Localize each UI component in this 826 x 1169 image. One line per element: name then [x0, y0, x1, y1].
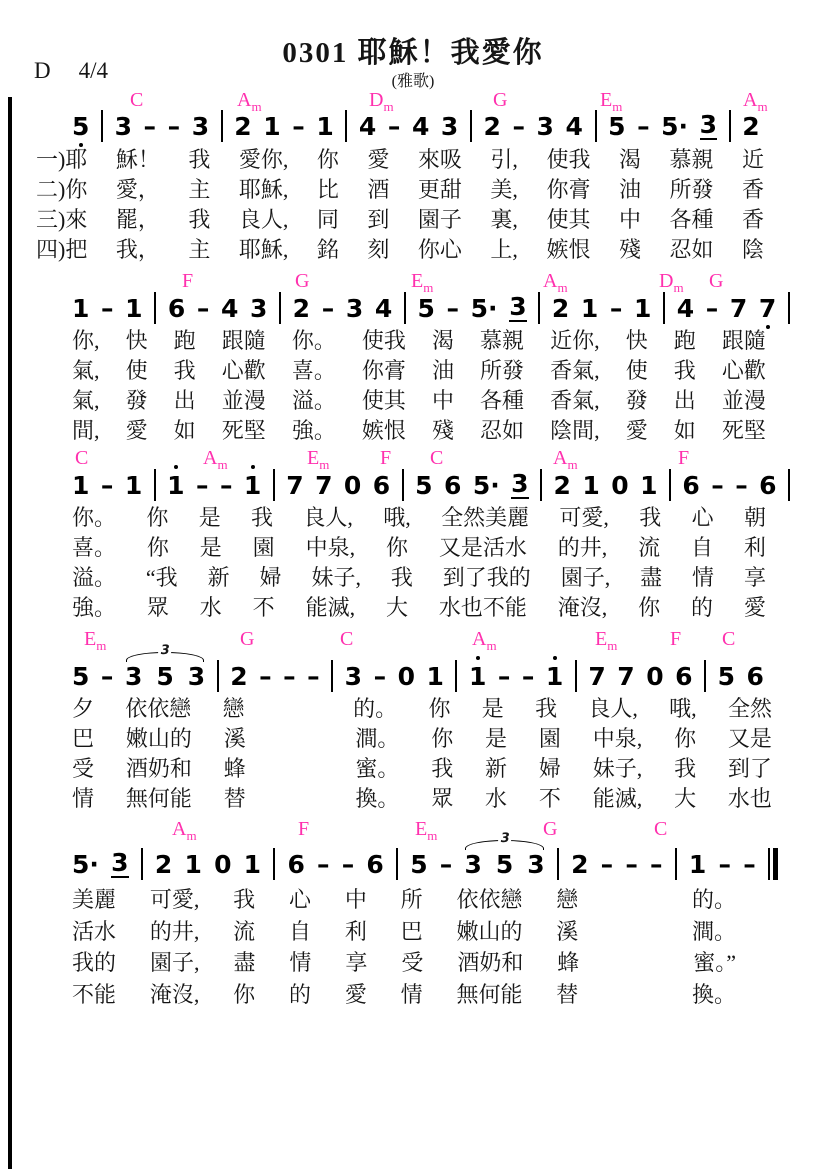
lyric-syllable: 耶穌, [239, 237, 289, 262]
lyric-syllable: 新 [485, 756, 507, 781]
duration-dash: – [625, 852, 638, 877]
lyric-syllable: 全然 [728, 696, 772, 721]
lyric-syllable: 換。 [692, 982, 736, 1007]
note-token: 6 [746, 664, 763, 689]
barline [101, 110, 103, 142]
chord-quality: m [427, 828, 437, 843]
rest-token: 0 [646, 664, 663, 689]
lyric-syllable: 酒 [367, 177, 389, 202]
lyric-syllable: 美, [490, 177, 518, 202]
lyric-syllable: 心 [692, 505, 714, 530]
lyric-syllable: 各種 [669, 207, 713, 232]
note-token: 4 [359, 114, 376, 139]
lyric-syllable: 使我 [546, 147, 590, 172]
lyric-syllable: 跟隨 [222, 328, 266, 353]
lyric-syllable: 發 [626, 388, 648, 413]
lyric-syllable: 我 [251, 505, 273, 530]
note-token: 5· [661, 114, 688, 139]
lyric-syllable: 戀 [556, 887, 578, 912]
note-token: 5 [72, 114, 89, 139]
lyric-syllable: 主 [188, 177, 210, 202]
barline [273, 848, 275, 880]
barline [538, 292, 540, 324]
lyric-syllable: 我 [674, 756, 696, 781]
lyric-syllable: 氣, [72, 358, 100, 383]
lyric-syllable: 強。 [72, 595, 116, 620]
note-token: 6 [675, 664, 692, 689]
barline [154, 469, 156, 501]
lyric-syllable: 愛 [744, 595, 766, 620]
chord-quality: m [186, 828, 196, 843]
barline [675, 848, 677, 880]
lyric-syllable: 死堅 [222, 418, 266, 443]
lyric-syllable: 無何能 [126, 786, 192, 811]
lyric-syllable: 溢。 [72, 565, 116, 590]
lyric-syllable: 良人, [239, 207, 289, 232]
note-token: 3 [250, 296, 267, 321]
lyric-line: 美麗可愛,我心中所依依戀戀的。 [72, 887, 736, 912]
lyric-syllable: 自 [289, 919, 311, 944]
lyric-syllable: 水 [200, 595, 222, 620]
lyric-syllable: 四)把 [36, 237, 87, 262]
duration-dash: – [512, 114, 525, 139]
lyric-syllable: 裏, [490, 207, 518, 232]
note-token: 2 [293, 296, 310, 321]
note-token: 6 [759, 473, 776, 498]
lyric-syllable: 到了 [728, 756, 772, 781]
lyric-syllable: 香 [742, 177, 764, 202]
lyric-syllable: 妹子, [311, 565, 361, 590]
lyric-syllable: 耶穌, [239, 177, 289, 202]
note-token: 3 [125, 664, 142, 689]
lyric-syllable: 不 [253, 595, 275, 620]
note-token: 4 [677, 296, 694, 321]
lyric-syllable: 享 [744, 565, 766, 590]
lyric-syllable: 的 [289, 982, 311, 1007]
chord-quality: m [96, 638, 106, 653]
duration-dash: – [101, 473, 114, 498]
lyric-syllable: 淹沒, [558, 595, 608, 620]
lyric-syllable: 使 [126, 358, 148, 383]
lyric-syllable: 利 [345, 919, 367, 944]
lyric-syllable: 比 [317, 177, 339, 202]
lyric-syllable: 使 [626, 358, 648, 383]
lyric-syllable: 中 [432, 388, 454, 413]
lyric-syllable: 忍如 [669, 237, 713, 262]
lyric-syllable: 你。 [292, 328, 336, 353]
lyric-syllable: 不能 [72, 982, 116, 1007]
note-token: 3 [464, 852, 481, 877]
lyric-syllable: 替 [556, 982, 578, 1007]
note-token: 2 [483, 114, 500, 139]
lyric-syllable: 穌！ [116, 147, 160, 172]
note-token: 7 [588, 664, 605, 689]
note-token: 2 [571, 852, 588, 877]
lyric-syllable: “我 [146, 565, 178, 590]
lyric-syllable: 的。 [353, 696, 397, 721]
notation-line-1: 53––321–14–432–345–5·32 [72, 109, 760, 143]
note-token: 5 [415, 473, 432, 498]
lyric-syllable: 到了我的 [443, 565, 531, 590]
lyric-syllable: 喜。 [292, 358, 336, 383]
duration-dash: – [447, 296, 460, 321]
note-token: 1 [582, 473, 599, 498]
note-token: 1 [427, 664, 444, 689]
lyric-syllable: 油 [432, 358, 454, 383]
lyric-syllable: 忍如 [480, 418, 524, 443]
lyric-syllable: 你 [386, 535, 408, 560]
note-token: 5 [156, 664, 173, 689]
lyric-syllable: 酒奶和 [126, 756, 192, 781]
lyric-syllable: 並漫 [222, 388, 266, 413]
lyric-syllable: 園子 [418, 207, 462, 232]
chord-label: G [709, 271, 723, 291]
lyric-syllable: 受 [401, 950, 423, 975]
note-token: 2 [230, 664, 247, 689]
lyric-syllable: 出 [674, 388, 696, 413]
final-barline-thin [768, 848, 770, 880]
lyric-syllable: 園子, [561, 565, 611, 590]
lyric-syllable: 二)你 [36, 177, 87, 202]
lyric-syllable: 跑 [174, 328, 196, 353]
lyric-syllable: 自 [691, 535, 713, 560]
note-token: 5· [72, 852, 99, 877]
lyric-line: 夕依依戀戀的。你是我良人,哦,全然 [72, 696, 772, 721]
lyric-syllable: 香 [742, 207, 764, 232]
lyric-syllable: 你, [72, 328, 100, 353]
lyric-line: 你,快跑跟隨你。使我渴慕親近你,快跑跟隨 [72, 328, 766, 353]
lyric-spacer [278, 786, 324, 811]
lyric-line: 氣,發出並漫溢。使其中各種香氣,發出並漫 [72, 388, 766, 413]
lyric-line: 氣,使我心歡喜。你膏油所發香氣,使我心歡 [72, 358, 766, 383]
lyric-syllable: 巴 [401, 919, 423, 944]
chord-label: C [130, 90, 143, 110]
barline [141, 848, 143, 880]
duration-dash: – [342, 852, 355, 877]
lyric-syllable: 園 [539, 726, 561, 751]
note-token: 2 [234, 114, 251, 139]
lyric-syllable: 氣, [72, 388, 100, 413]
note-token: 1 [184, 852, 201, 877]
lyric-syllable: 使其 [546, 207, 590, 232]
lyric-syllable: 我 [431, 756, 453, 781]
duration-dash: – [168, 114, 181, 139]
note-token: 1 [640, 473, 657, 498]
lyric-syllable: 換。 [355, 786, 399, 811]
lyric-syllable: 你 [638, 595, 660, 620]
lyric-syllable: 出 [174, 388, 196, 413]
lyric-syllable: 可愛, [559, 505, 609, 530]
lyric-syllable: 喜。 [72, 535, 116, 560]
barline [345, 110, 347, 142]
note-token: 7 [730, 296, 747, 321]
lyric-syllable: 你 [233, 982, 255, 1007]
barline [154, 292, 156, 324]
lyric-line: 巴嫩山的溪澗。你是園中泉,你又是 [72, 726, 772, 751]
hymn-sheet-page: { "page": { "background": "#ffffff", "ch… [0, 0, 826, 1169]
note-token: 3 [115, 114, 132, 139]
notation-line-3: 1–11––17706565·321016––6 [72, 468, 790, 502]
lyric-spacer [612, 919, 658, 944]
barline [396, 848, 398, 880]
note-token: 3 [537, 114, 554, 139]
lyric-spacer [278, 726, 324, 751]
chord-label: C [340, 629, 353, 649]
lyric-syllable: 你 [431, 726, 453, 751]
lyric-syllable: 能滅, [306, 595, 356, 620]
lyric-syllable: 情 [401, 982, 423, 1007]
note-token: 6 [444, 473, 461, 498]
barline [595, 110, 597, 142]
note-token: 2 [742, 114, 759, 139]
barline [669, 469, 671, 501]
note-token: 4 [412, 114, 429, 139]
lyric-syllable: 近 [742, 147, 764, 172]
duration-dash: – [601, 852, 614, 877]
lyric-syllable: 我的 [72, 950, 116, 975]
note-token: 2 [155, 852, 172, 877]
lyric-syllable: 情 [289, 950, 311, 975]
note-token: 5 [72, 664, 89, 689]
lyric-line: 不能淹沒,你的愛情無何能替換。 [72, 982, 736, 1007]
lyric-syllable: 嫉恨 [546, 237, 590, 262]
chord-label: Em [415, 819, 437, 842]
barline [279, 292, 281, 324]
lyric-syllable: 快 [126, 328, 148, 353]
lyric-syllable: 享 [345, 950, 367, 975]
barline [221, 110, 223, 142]
lyric-syllable: 愛 [126, 418, 148, 443]
triplet-number: 3 [497, 832, 512, 845]
duration-dash: – [220, 473, 233, 498]
note-token: 3 [441, 114, 458, 139]
note-token: 3 [700, 112, 717, 140]
lyric-syllable: 各種 [480, 388, 524, 413]
lyric-syllable: 所 [401, 887, 423, 912]
barline [557, 848, 559, 880]
duration-dash: – [743, 852, 756, 877]
duration-dash: – [307, 664, 320, 689]
barline [575, 660, 577, 692]
lyric-syllable: 你 [428, 696, 450, 721]
rest-token: 0 [398, 664, 415, 689]
lyric-syllable: 慕親 [480, 328, 524, 353]
lyric-syllable: 愛 [626, 418, 648, 443]
note-token: 1 [72, 473, 89, 498]
chord-quality: m [607, 638, 617, 653]
lyric-syllable: 淹沒, [150, 982, 200, 1007]
lyric-syllable: 我 [674, 358, 696, 383]
lyric-syllable: 罷， [116, 207, 160, 232]
rest-token: 0 [611, 473, 628, 498]
barline [404, 292, 406, 324]
lyric-syllable: 的 [691, 595, 713, 620]
lyric-line: 我的園子,盡情享受酒奶和蜂蜜。” [72, 950, 736, 975]
lyric-line: 溢。“我新婦妹子,我到了我的園子,盡情享 [72, 565, 766, 590]
lyric-syllable: 香氣, [550, 388, 600, 413]
chord-label: Am [472, 629, 497, 652]
page-title: 0301 耶穌！我愛你 [0, 30, 826, 71]
chord-label: Am [172, 819, 197, 842]
chord-label: F [678, 448, 689, 468]
note-token: 1 [634, 296, 651, 321]
note-token: 7 [286, 473, 303, 498]
lyric-syllable: 哦, [383, 505, 411, 530]
barline [402, 469, 404, 501]
lyric-syllable: 你膏 [362, 358, 406, 383]
note-token: 7 [315, 473, 332, 498]
lyric-syllable: 慕親 [669, 147, 713, 172]
rest-token: 0 [214, 852, 231, 877]
lyric-syllable: 蜜。” [693, 950, 736, 975]
lyric-syllable: 中 [619, 207, 641, 232]
lyric-syllable: 能滅, [593, 786, 643, 811]
lyric-syllable: 盡 [233, 950, 255, 975]
lyric-syllable: 可愛, [150, 887, 200, 912]
lyric-syllable: 愛 [367, 147, 389, 172]
lyric-syllable: 主 [188, 237, 210, 262]
duration-dash: – [610, 296, 623, 321]
duration-dash: – [196, 473, 209, 498]
note-token: 4 [221, 296, 238, 321]
note-token: 1 [125, 296, 142, 321]
lyric-spacer [612, 982, 658, 1007]
lyric-syllable: 大 [674, 786, 696, 811]
lyric-syllable: 依依戀 [456, 887, 522, 912]
lyric-syllable: 使其 [362, 388, 406, 413]
note-token: 1 [72, 296, 89, 321]
lyric-syllable: 流 [638, 535, 660, 560]
lyric-syllable: 良人, [588, 696, 638, 721]
barline [788, 292, 790, 324]
lyric-syllable: 殘 [432, 418, 454, 443]
note-token: 1 [244, 473, 261, 498]
note-token: 5 [410, 852, 427, 877]
lyric-syllable: 水也不能 [439, 595, 527, 620]
note-token: 6 [366, 852, 383, 877]
chord-label: G [543, 819, 557, 839]
lyric-syllable: 活水 [72, 919, 116, 944]
lyric-syllable: 你 [147, 535, 169, 560]
duration-dash: – [322, 296, 335, 321]
barline [540, 469, 542, 501]
lyric-syllable: 三)來 [36, 207, 87, 232]
duration-dash: – [292, 114, 305, 139]
lyric-syllable: 水 [485, 786, 507, 811]
note-token: 3 [527, 852, 544, 877]
note-token: 5 [608, 114, 625, 139]
duration-dash: – [522, 664, 535, 689]
lyric-syllable: 是 [200, 535, 222, 560]
duration-dash: – [706, 296, 719, 321]
lyric-syllable: 我， [116, 237, 160, 262]
note-token: 1 [316, 114, 333, 139]
duration-dash: – [440, 852, 453, 877]
note-token: 6 [168, 296, 185, 321]
duration-dash: – [101, 296, 114, 321]
lyric-line: 三)來罷，我良人,同到園子裏,使其中各種香 [36, 207, 764, 232]
barline [704, 660, 706, 692]
note-token: 4 [566, 114, 583, 139]
lyric-syllable: 溪 [224, 726, 246, 751]
note-token: 3 [192, 114, 209, 139]
lyric-syllable: 朝 [744, 505, 766, 530]
note-token: 3 [188, 664, 205, 689]
lyric-syllable: 中泉, [306, 535, 356, 560]
lyric-syllable: 哦, [669, 696, 697, 721]
note-token: 3 [509, 294, 526, 322]
lyric-syllable: 並漫 [722, 388, 766, 413]
lyric-syllable: 油 [619, 177, 641, 202]
lyric-line: 二)你愛，主耶穌,比酒更甜美,你膏油所發香 [36, 177, 764, 202]
lyric-syllable: 美麗 [72, 887, 116, 912]
lyric-syllable: 蜂 [224, 756, 246, 781]
chord-label: G [295, 271, 309, 291]
duration-dash: – [259, 664, 272, 689]
lyric-syllable: 渴 [619, 147, 641, 172]
subtitle: (雅歌) [0, 68, 826, 91]
lyric-syllable: 澗。 [355, 726, 399, 751]
lyric-syllable: 又是活水 [439, 535, 527, 560]
note-token: 3 [111, 850, 128, 878]
lyric-syllable: 妹子, [593, 756, 643, 781]
lyric-syllable: 流 [233, 919, 255, 944]
lyric-line: 活水的井,流自利巴嫩山的溪澗。 [72, 919, 736, 944]
lyric-syllable: 我 [188, 147, 210, 172]
lyric-line: 強。眾水不能滅,大水也不能淹沒,你的愛 [72, 595, 766, 620]
final-barline [768, 848, 778, 880]
lyric-syllable: 你膏 [546, 177, 590, 202]
lyric-syllable: 強。 [292, 418, 336, 443]
lyric-syllable: 更甜 [418, 177, 462, 202]
note-token: 5 [418, 296, 435, 321]
lyric-syllable: 的。 [692, 887, 736, 912]
lyric-syllable: 我 [233, 887, 255, 912]
chord-label: Em [595, 629, 617, 652]
lyric-syllable: 嫩山的 [456, 919, 522, 944]
note-token: 2 [553, 473, 570, 498]
triplet-group: 3353 [125, 664, 205, 689]
lyric-syllable: 你 [674, 726, 696, 751]
note-token: 1 [167, 473, 184, 498]
lyric-syllable: 你心 [418, 237, 462, 262]
lyric-line: 受酒奶和蜂蜜。我新婦妹子,我到了 [72, 756, 772, 781]
lyric-syllable: 的井, [150, 919, 200, 944]
triplet-number: 3 [157, 644, 172, 657]
barline [470, 110, 472, 142]
final-barline-thick [773, 848, 778, 880]
lyric-syllable: 如 [674, 418, 696, 443]
lyric-syllable: 溪 [556, 919, 578, 944]
note-token: 1 [689, 852, 706, 877]
chord-label: C [654, 819, 667, 839]
lyric-syllable: 你。 [72, 505, 116, 530]
lyric-syllable: 我 [535, 696, 557, 721]
note-token: 7 [759, 296, 776, 321]
lyric-syllable: 陰間, [550, 418, 600, 443]
note-token: 1 [125, 473, 142, 498]
lyric-syllable: 眾 [147, 595, 169, 620]
lyric-line: 間,愛如死堅強。嫉恨殘忍如陰間,愛如死堅 [72, 418, 766, 443]
lyric-syllable: 所發 [480, 358, 524, 383]
chord-label: F [670, 629, 681, 649]
lyric-syllable: 快 [626, 328, 648, 353]
lyric-syllable: 澗。 [692, 919, 736, 944]
lyric-syllable: 蜜。 [355, 756, 399, 781]
chord-quality: m [486, 638, 496, 653]
lyric-syllable: 刻 [367, 237, 389, 262]
note-token: 5· [473, 473, 500, 498]
